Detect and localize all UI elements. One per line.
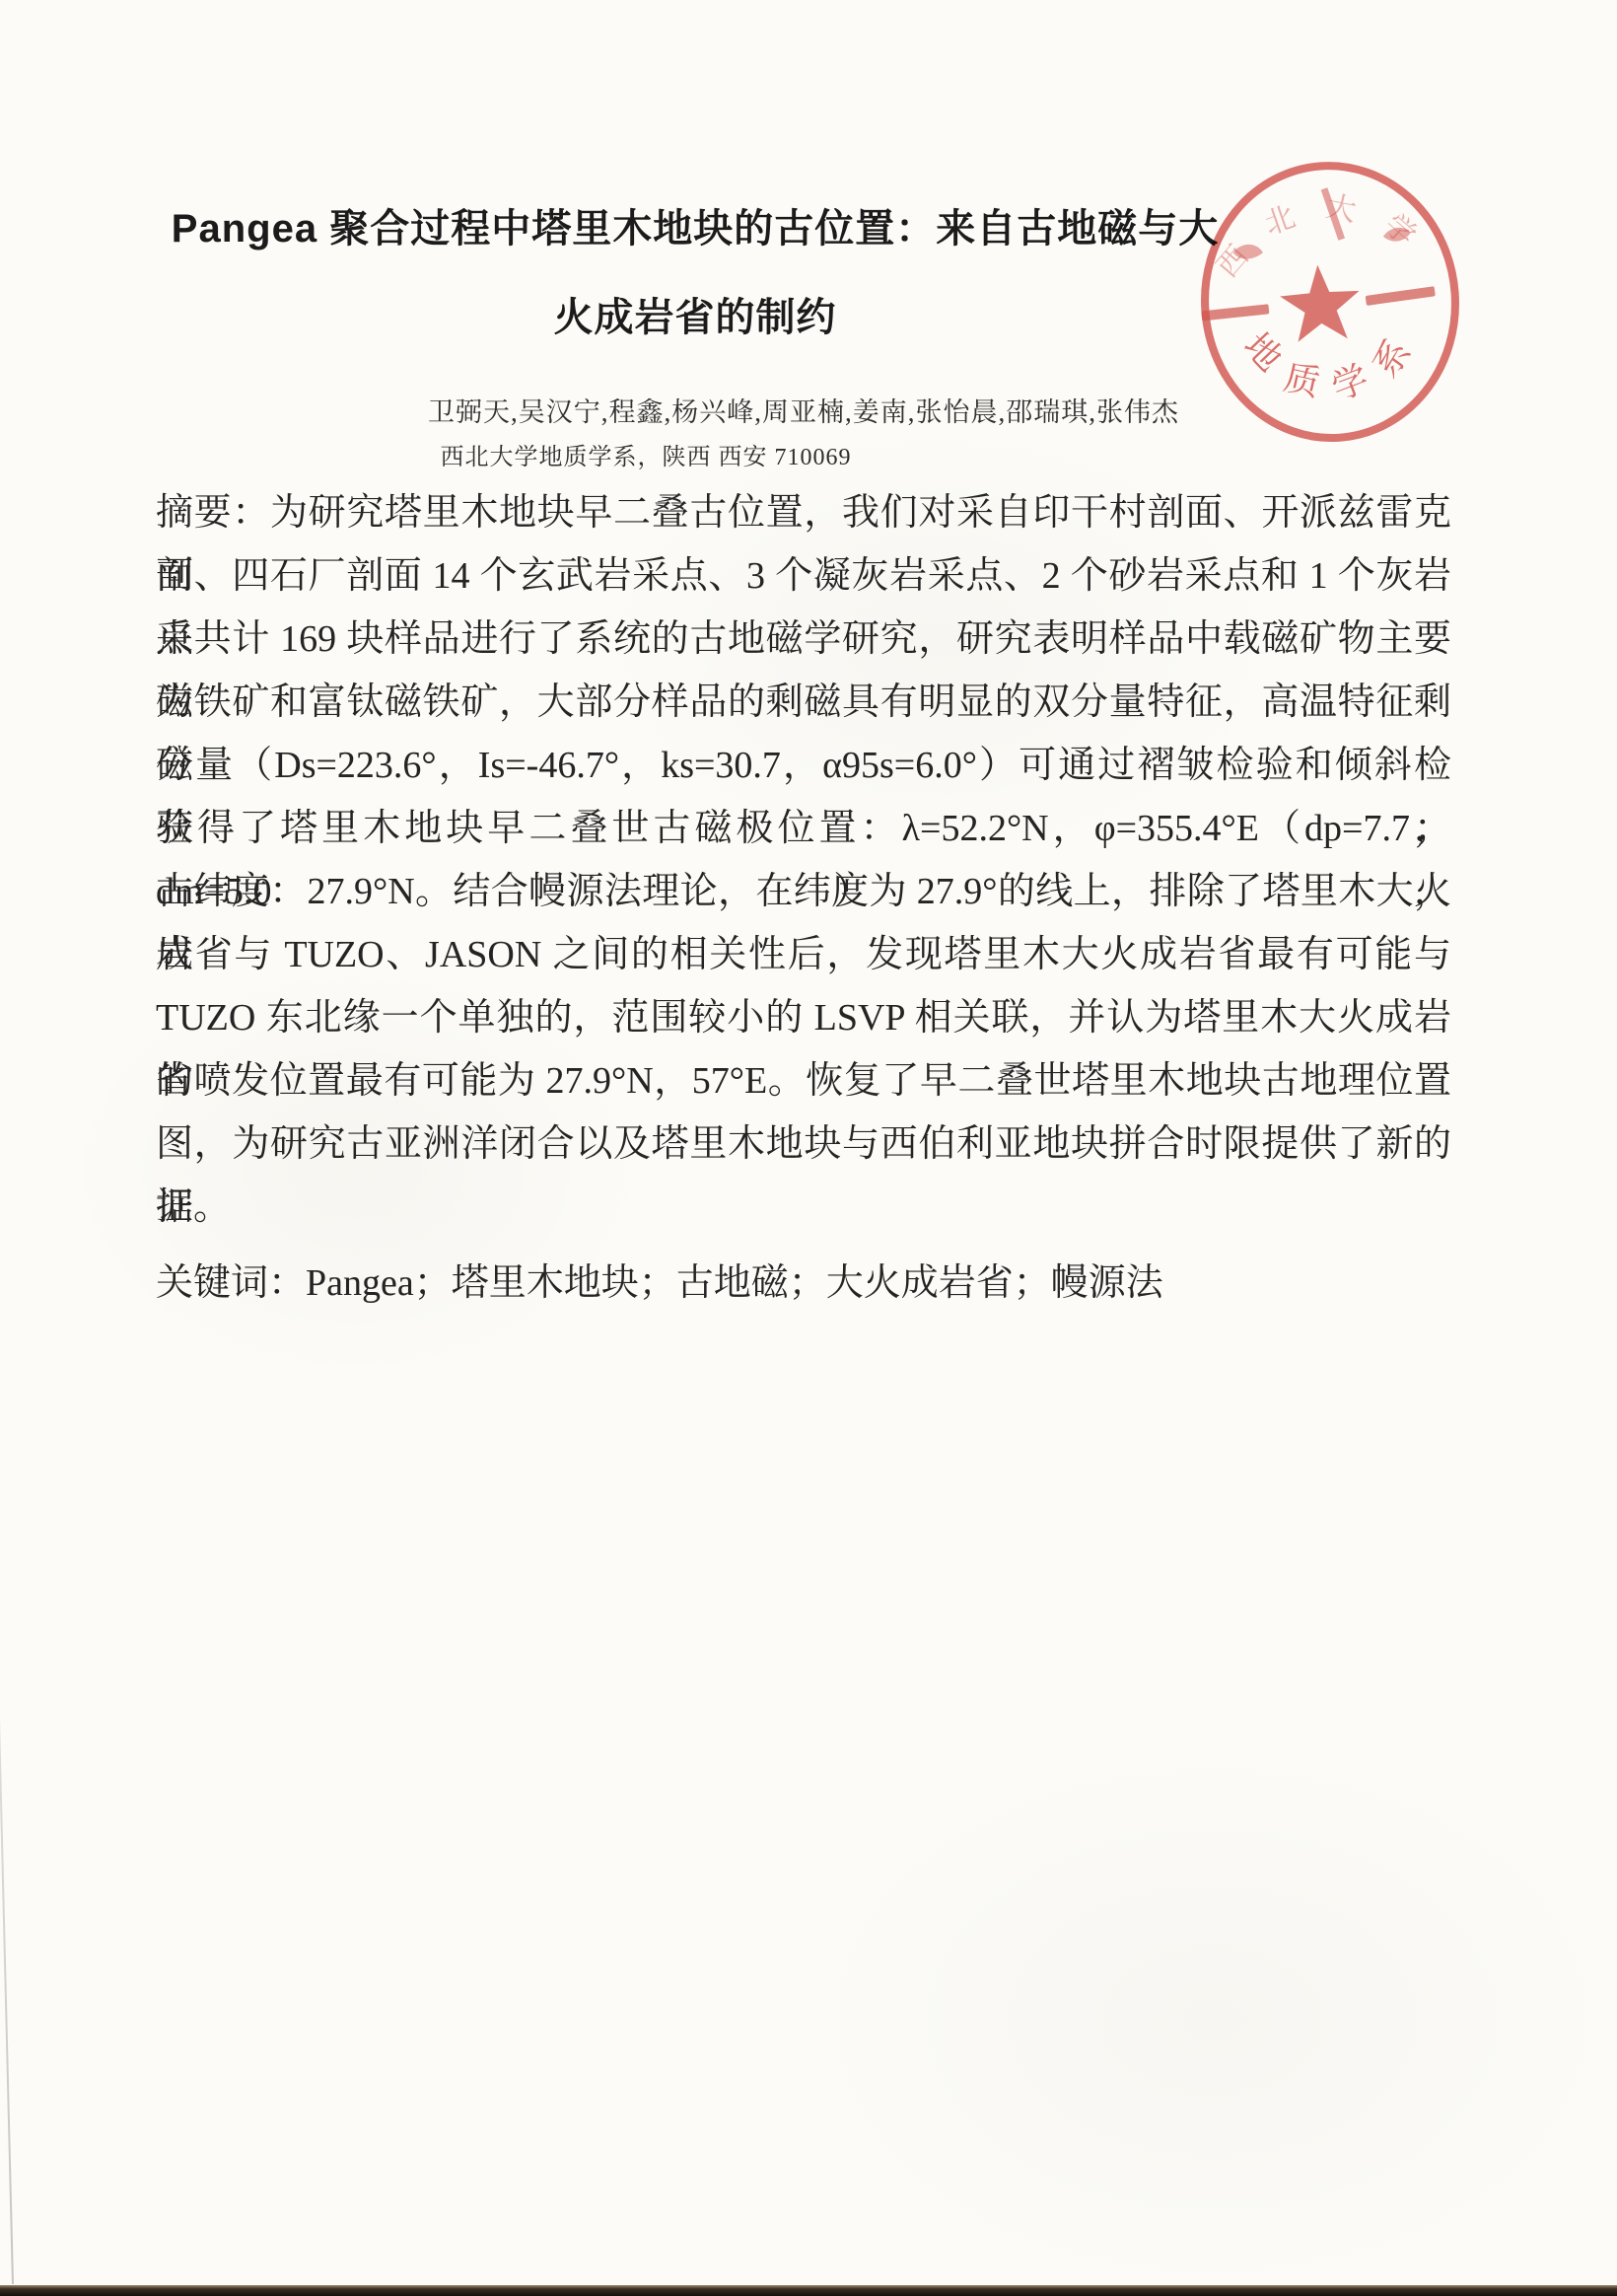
abstract-line: 古纬度：27.9°N。结合幔源法理论，在纬度为 27.9°的线上，排除了塔里木大… (156, 860, 1451, 923)
abstract-line: TUZO 东北缘一个单独的，范围较小的 LSVP 相关联，并认为塔里木大火成岩省 (156, 986, 1451, 1049)
abstract-line: 面、四石厂剖面 14 个玄武岩采点、3 个凝灰岩采点、2 个砂岩采点和 1 个灰… (156, 544, 1451, 608)
abstract-line: 据。 (156, 1176, 1451, 1239)
abstract-line: 岩省与 TUZO、JASON 之间的相关性后，发现塔里木大火成岩省最有可能与 (156, 923, 1451, 986)
scan-crease-artifact (0, 1507, 14, 2284)
scanned-paper-page: Pangea 聚合过程中塔里木地块的古位置：来自古地磁与大 火成岩省的制约 卫弼… (0, 0, 1617, 2296)
abstract-line: 获得了塔里木地块早二叠世古磁极位置：λ=52.2°N，φ=355.4°E（dp=… (156, 797, 1451, 860)
paper-title-line-1: Pangea 聚合过程中塔里木地块的古位置：来自古地磁与大 (89, 184, 1301, 273)
abstract-line: 图，为研究古亚洲洋闭合以及塔里木地块与西伯利亚地块拼合时限提供了新的证 (156, 1112, 1451, 1176)
seal-left-dash (1201, 304, 1269, 321)
paper-title-line-2: 火成岩省的制约 (89, 273, 1301, 362)
seal-star-icon (1278, 262, 1363, 343)
abstract: 摘要：为研究塔里木地块早二叠古位置，我们对采自印干村剖面、开派兹雷克剖 面、四石… (156, 481, 1451, 1315)
scan-bottom-edge (0, 2285, 1617, 2296)
department-seal-stamp: 西北大学 地质学系 (1183, 145, 1479, 460)
abstract-line: 分量（Ds=223.6°，Is=-46.7°，ks=30.7，α95s=6.0°… (156, 734, 1451, 797)
paper-title: Pangea 聚合过程中塔里木地块的古位置：来自古地磁与大 火成岩省的制约 (89, 184, 1301, 362)
abstract-line: 磁铁矿和富钛磁铁矿，大部分样品的剩磁具有明显的双分量特征，高温特征剩磁 (156, 671, 1451, 734)
keywords: 关键词：Pangea；塔里木地块；古地磁；大火成岩省；幔源法 (156, 1252, 1451, 1315)
abstract-line: 摘要：为研究塔里木地块早二叠古位置，我们对采自印干村剖面、开派兹雷克剖 (156, 481, 1451, 544)
seal-right-dash (1366, 286, 1436, 306)
affiliation: 西北大学地质学系，陕西 西安 710069 (158, 440, 1134, 475)
abstract-line: 的喷发位置最有可能为 27.9°N，57°E。恢复了早二叠世塔里木地块古地理位置 (156, 1049, 1451, 1112)
abstract-line: 点共计 169 块样品进行了系统的古地磁学研究，研究表明样品中载磁矿物主要为 (156, 608, 1451, 671)
